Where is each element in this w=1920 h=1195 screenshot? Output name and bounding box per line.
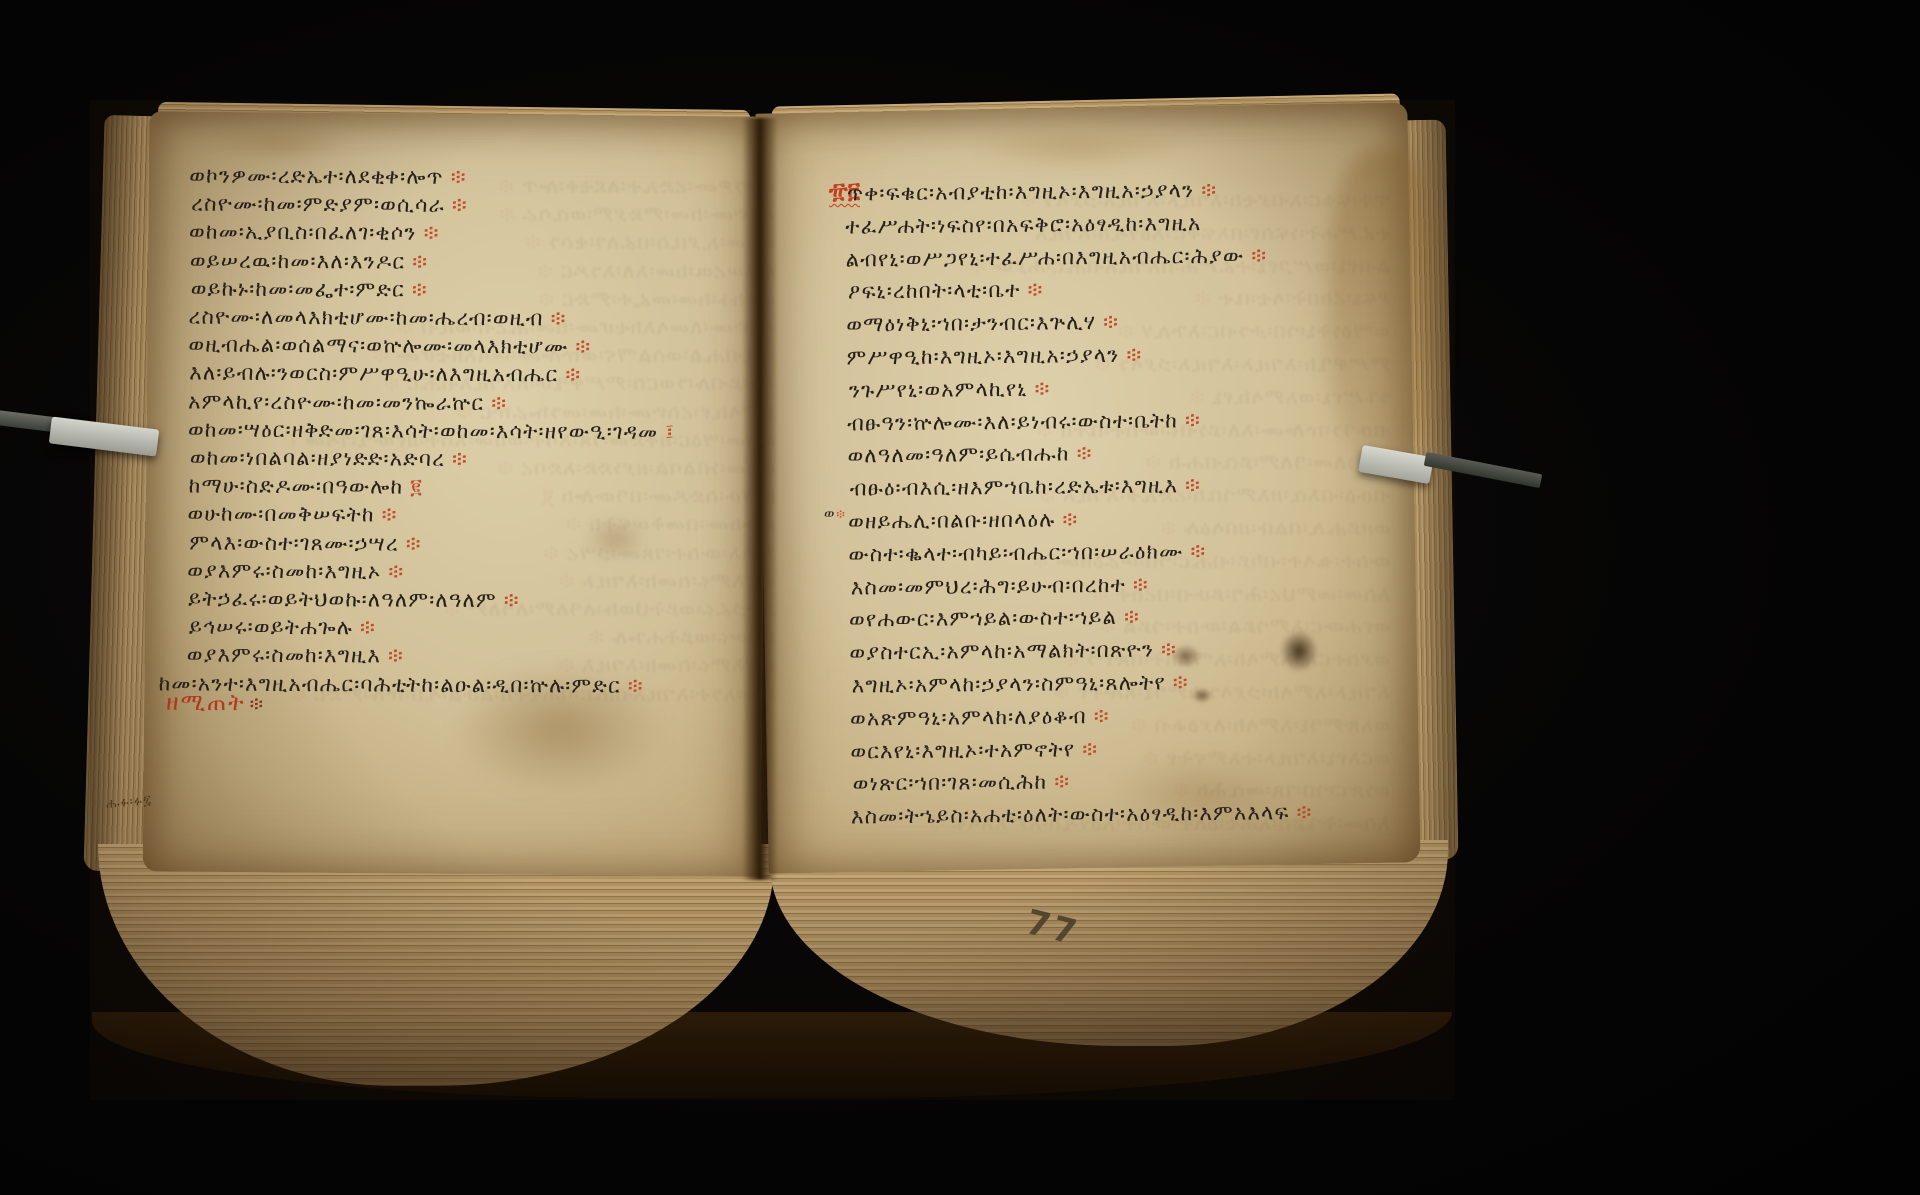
manuscript-line: ወአጽምዓኒ፡አምላከ፡ለያዕቆብ፨ <box>850 697 1370 735</box>
manuscript-line: ንጉሥየኒ፡ወአምላኪየኒ፨ <box>849 369 1367 407</box>
line-text: ልብየኒ፡ወሥጋየኒ፡ተፈሥሐ፡በእግዚአብሔር፡ሕያው <box>846 243 1245 271</box>
verse-mark: ፨ <box>1154 638 1176 662</box>
line-text: ወያእምሩ፡ስመከ፡እግዚእ <box>187 643 381 668</box>
right-page-text: ጥቀ፡ፍቁር፡አብያቲከ፡እግዚኦ፡እግዚአ፡ኃያላን፨ ተፈሥሐት፡ነፍስየ፡… <box>845 173 1371 834</box>
verse-mark: ፨ <box>381 644 403 668</box>
line-text: ወሁከሙ፡በመቅሠፍትከ <box>187 502 374 527</box>
line-text: ወያእምሩ፡ስመከ፡እግዚኦ <box>187 558 381 583</box>
line-text: ወለዓለመ፡ዓለም፡ይሴብሑከ <box>847 442 1069 468</box>
verse-mark: ፨ <box>445 193 467 217</box>
manuscript-line: ወይኩኑ፡ከመ፡መፌተ፡ምድር፨ <box>191 274 764 305</box>
manuscript-line: አምላኪየ፡ረስዮሙ፡ከመ፡መንኰራኵር፨ <box>188 387 763 418</box>
manuscript-line: ጥቀ፡ፍቁር፡አብያቲከ፡እግዚኦ፡እግዚአ፡ኃያላን፨ <box>847 173 1365 211</box>
verse-mark: ፨ <box>1289 800 1311 824</box>
manuscript-line: እግዚኦ፡አምላከ፡ኃያላን፡ስምዓኒ፡ጸሎትየ፨ <box>852 664 1370 702</box>
verse-mark: ፨ <box>544 306 566 330</box>
line-text: ውስተ፡ቈላተ፡ብካይ፡ብሔር፡ኀበ፡ሠራዕክሙ <box>848 539 1183 566</box>
verse-mark: ፨ <box>1178 473 1200 497</box>
verse-mark: ፨ <box>1178 408 1200 432</box>
verse-mark: ፨ <box>1070 442 1092 466</box>
line-text: ምላእ፡ውስተ፡ገጸሙ፡ኃሣረ <box>189 530 399 555</box>
rubric-mark: ፨ <box>246 693 265 715</box>
manuscript-line: ወዚብሔል፡ወሰልማና፡ወኵሎሙ፡መላእክቲሆሙ፨ <box>188 331 763 362</box>
verse-mark: ፨ <box>353 616 375 640</box>
verse-mark: ፪ <box>403 475 422 499</box>
manuscript-line: ወከመ፡ሣዕር፡ዘቅድመ፡ገጸ፡እሳት፡ወከመ፡እሳት፡ዘየውዒ፡ገዳመ፤ <box>188 415 763 446</box>
verse-mark: ፨ <box>1194 178 1216 202</box>
line-text: እለ፡ይብሉ፡ንወርስ፡ምሥዋዒሁ፡ለእግዚአብሔር <box>189 361 558 387</box>
line-text: ወየሐውር፡እምኀይል፡ውስተ፡ኀይል <box>849 605 1117 632</box>
line-text: ይትኃፈሩ፡ወይትህወኩ፡ለዓለም፡ለዓለም <box>188 587 497 613</box>
verse-mark: ፨ <box>417 221 439 245</box>
manuscript-line: ወየሐውር፡እምኀይል፡ውስተ፡ኀይል፨ <box>849 599 1369 637</box>
verse-mark: ፨ <box>568 335 590 359</box>
manuscript-line: ዖፍኒ፡ረከበት፡ላቲ፡ቤተ፨ <box>848 271 1366 309</box>
rubric-zemitet: ዘሚጠት፨ <box>166 690 265 717</box>
manuscript-line: ወለዓለመ፡ዓለም፡ይሴብሑከ፨ <box>847 435 1367 473</box>
line-text: ጥቀ፡ፍቁር፡አብያቲከ፡እግዚኦ፡እግዚአ፡ኃያላን <box>847 178 1195 205</box>
verse-mark: ፨ <box>497 588 519 612</box>
verse-mark: ፨ <box>1047 770 1069 794</box>
correction-mark: ፨ <box>834 507 844 521</box>
manuscript-line: ወርእየኒ፡እግዚኦ፡ተአምኖትየ፨ <box>850 730 1370 768</box>
line-text: ወርእየኒ፡እግዚኦ፡ተአምኖትየ <box>850 737 1075 763</box>
manuscript-line: ወያስተርኢ፡አምላከ፡አማልክት፡በጽዮን፨ <box>849 632 1369 670</box>
line-text: እስመ፡ትኄይስ፡አሐቲ፡ዕለት፡ውስተ፡አዕፃዲከ፡እምአእላፍ <box>851 800 1290 828</box>
line-text: ወከመ፡ነበልባል፡ዘያነድድ፡አድባረ <box>190 446 445 471</box>
verse-mark: ፨ <box>381 559 403 583</box>
manuscript-line: እለ፡ይብሉ፡ንወርስ፡ምሥዋዒሁ፡ለእግዚአብሔር፨ <box>189 359 763 390</box>
manuscript-line: ወይሠረዉ፡ከመ፡እለ፡እንዶር፨ <box>190 246 764 277</box>
verse-mark: ፨ <box>1020 278 1042 302</box>
verse-mark: ፨ <box>1027 376 1049 400</box>
line-text: ወያስተርኢ፡አምላከ፡አማልክት፡በጽዮን <box>849 638 1154 665</box>
verse-mark: ፨ <box>1087 704 1109 728</box>
manuscript-line: ወኮንዎሙ፡ረድኤተ፡ለደቂቀ፡ሎጥ፨ <box>189 161 764 192</box>
line-text: ወዚብሔል፡ወሰልማና፡ወኵሎሙ፡መላእክቲሆሙ <box>188 333 568 359</box>
manuscript-line: ብፁዓን፡ኵሎሙ፡እለ፡ይነብሩ፡ውስተ፡ቤትከ፨ <box>847 402 1367 440</box>
line-text: ረስዮሙ፡ለመላእክቲሆሙ፡ከመ፡ሔረብ፡ወዚብ <box>189 305 544 331</box>
manuscript-line: ውስተ፡ቈላተ፡ብካይ፡ብሔር፡ኀበ፡ሠራዕክሙ፨ <box>848 533 1368 571</box>
verse-mark: ፨ <box>1244 243 1266 267</box>
manuscript-line: እስመ፡መምህረ፡ሕግ፡ይሁብ፡በረከተ፨ <box>851 566 1369 604</box>
line-text: ወኮንዎሙ፡ረድኤተ፡ለደቂቀ፡ሎጥ <box>189 163 444 188</box>
verse-mark: ፨ <box>558 363 580 387</box>
manuscript-line: ብፁዕ፡ብእሲ፡ዘእምኀቤከ፡ረድኤቱ፡እግዚእ፨ <box>850 468 1368 506</box>
line-text: ዖፍኒ፡ረከበት፡ላቲ፡ቤተ <box>848 278 1021 304</box>
manuscript-line: ምሥዋዒከ፡እግዚኦ፡እግዚአ፡ኃያላን፨ <box>846 336 1366 374</box>
manuscript-line: ወከመ፡ነበልባል፡ዘያነድድ፡አድባረ፨ <box>190 444 763 475</box>
manuscript-line: ረስዮሙ፡ለመላእክቲሆሙ፡ከመ፡ሔረብ፡ወዚብ፨ <box>189 303 764 334</box>
line-text: ወአጽምዓኒ፡አምላከ፡ለያዕቆብ <box>850 704 1087 730</box>
left-page-text: ወኮንዎሙ፡ረድኤተ፡ለደቂቀ፡ሎጥ፨ ረስዮሙ፡ከመ፡ምድያም፡ወሲሳራ፨ ወ… <box>187 161 765 700</box>
line-text: ወከመ፡ኢያቢስ፡በፈለገ፡ቂሶን <box>189 220 417 245</box>
margin-correction: ወ፨ <box>824 506 845 522</box>
line-text: ወይኩኑ፡ከመ፡መፌተ፡ምድር <box>191 276 405 301</box>
manuscript-line: ወነጽር፡ኀበ፡ገጸ፡መሲሕከ፨ <box>853 763 1371 801</box>
verse-mark: ፨ <box>399 531 421 555</box>
verse-mark: ፨ <box>405 277 427 301</box>
manuscript-line: እስመ፡ትኄይስ፡አሐቲ፡ዕለት፡ውስተ፡አዕፃዲከ፡እምአእላፍ፨ <box>851 796 1371 834</box>
line-text: ንጉሥየኒ፡ወአምላኪየኒ <box>849 377 1028 403</box>
manuscript-line: ወከመ፡ኢያቢስ፡በፈለገ፡ቂሶን፨ <box>189 218 764 249</box>
manuscript-line: ልብየኒ፡ወሥጋየኒ፡ተፈሥሐ፡በእግዚአብሔር፡ሕያው፨ <box>845 238 1365 276</box>
manuscript-line: ወያእምሩ፡ስመከ፡እግዚኦ፨ <box>187 556 762 587</box>
line-text: ተፈሥሐት፡ነፍስየ፡በአፍቅሮ፡አዕፃዲከ፡እግዚአ <box>845 211 1201 238</box>
line-text: ወዘይሔሊ፡በልቡ፡ዘበላዕሉ <box>848 507 1055 533</box>
manuscript-line: ወሁከሙ፡በመቅሠፍትከ፨ <box>187 500 762 531</box>
line-text: ብፁዕ፡ብእሲ፡ዘእምኀቤከ፡ረድኤቱ፡እግዚእ <box>850 473 1178 500</box>
line-text: እስመ፡መምህረ፡ሕግ፡ይሁብ፡በረከተ <box>851 572 1126 599</box>
line-text: ወነጽር፡ኀበ፡ገጸ፡መሲሕከ <box>853 770 1048 796</box>
line-text: ወከመ፡ሣዕር፡ዘቅድመ፡ገጸ፡እሳት፡ወከመ፡እሳት፡ዘየውዒ፡ገዳመ <box>188 417 658 443</box>
line-text: ብፁዓን፡ኵሎሙ፡እለ፡ይነብሩ፡ውስተ፡ቤትከ <box>847 408 1178 435</box>
verse-mark: ፨ <box>1117 605 1139 629</box>
line-text: እግዚኦ፡አምላከ፡ኃያላን፡ስምዓኒ፡ጸሎትየ <box>852 670 1166 697</box>
line-text: ምሥዋዒከ፡እግዚኦ፡እግዚአ፡ኃያላን <box>846 343 1119 370</box>
verse-mark: ፨ <box>444 165 466 189</box>
manuscript-line: ወያእምሩ፡ስመከ፡እግዚእ፨ <box>187 641 762 672</box>
line-text: ወይሠረዉ፡ከመ፡እለ፡እንዶር <box>190 248 405 273</box>
verse-mark: ፨ <box>1096 310 1118 334</box>
verse-mark: ፨ <box>484 391 506 415</box>
photo-backdrop: ወኮንዎሙ፡ረድኤተ፡ለደቂቀ፡ሎጥ፨ ረስዮሙ፡ከመ፡ምድያም፡ወሲሳራ፨ ወ… <box>0 0 1920 1195</box>
verse-mark: ፤ <box>658 420 674 444</box>
line-text: አምላኪየ፡ረስዮሙ፡ከመ፡መንኰራኵር <box>188 389 484 415</box>
verse-mark: ፨ <box>621 673 643 697</box>
correction-text: ወ <box>824 506 834 522</box>
verse-mark: ፨ <box>405 249 427 273</box>
line-text: ወማዕነቅኒ፡ኀበ፡ታንብር፡እጕሊሃ <box>846 310 1096 336</box>
rubric-text: ዘሚጠት <box>166 690 246 716</box>
verse-mark: ፨ <box>1119 343 1141 367</box>
verse-mark: ፨ <box>1166 670 1188 694</box>
verse-mark: ፨ <box>1126 572 1148 596</box>
manuscript-line: ወማዕነቅኒ፡ኀበ፡ታንብር፡እጕሊሃ፨ <box>846 304 1366 342</box>
manuscript-line: ወዘይሔሊ፡በልቡ፡ዘበላዕሉ፨ <box>848 500 1368 538</box>
verse-mark: ፨ <box>445 447 467 471</box>
line-text: ከማሁ፡ስድዶሙ፡በዓውሎከ <box>189 474 404 499</box>
verse-mark: ፨ <box>1075 737 1097 761</box>
manuscript-line: ይትኃፈሩ፡ወይትህወኩ፡ለዓለም፡ለዓለም፨ <box>188 585 762 616</box>
verse-mark: ፨ <box>375 503 397 527</box>
manuscript-line: ምላእ፡ውስተ፡ገጸሙ፡ኃሣረ፨ <box>189 528 762 559</box>
verse-mark <box>1201 211 1208 235</box>
verse-mark: ፨ <box>1183 539 1205 563</box>
manuscript-line: ይኅሠሩ፡ወይትሐጐሉ፨ <box>189 613 762 644</box>
manuscript-line: ተፈሥሐት፡ነፍስየ፡በአፍቅሮ፡አዕፃዲከ፡እግዚአ <box>845 205 1365 243</box>
line-text: ይኅሠሩ፡ወይትሐጐሉ <box>189 615 353 640</box>
manuscript-line: ረስዮሙ፡ከመ፡ምድያም፡ወሲሳራ፨ <box>191 190 764 221</box>
line-text: ረስዮሙ፡ከመ፡ምድያም፡ወሲሳራ <box>191 192 445 217</box>
manuscript-line: ከማሁ፡ስድዶሙ፡በዓውሎከ፪ <box>189 472 763 503</box>
verse-mark: ፨ <box>1055 507 1077 531</box>
